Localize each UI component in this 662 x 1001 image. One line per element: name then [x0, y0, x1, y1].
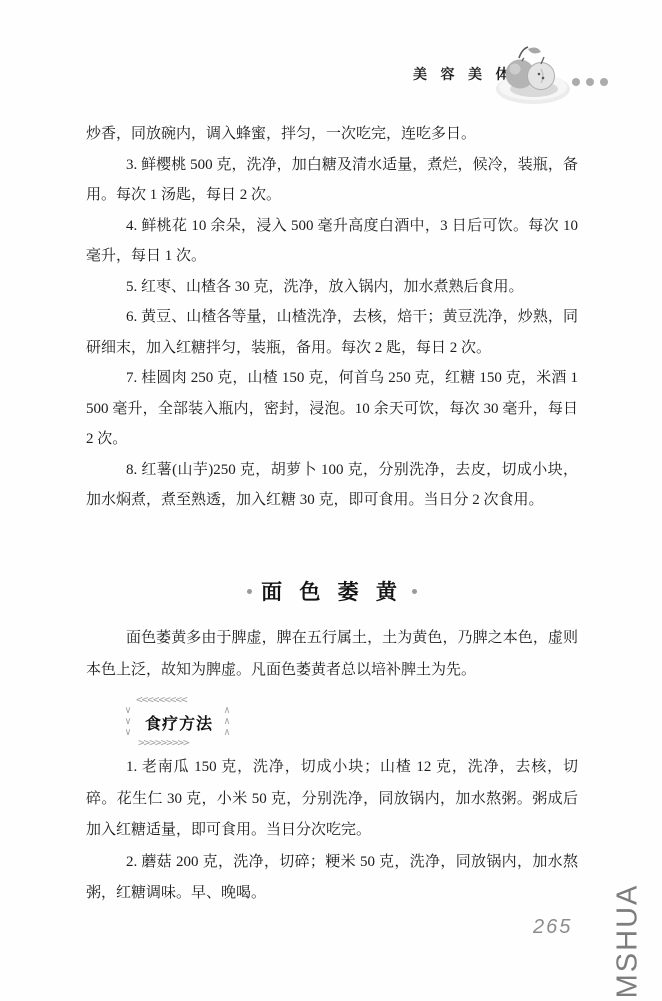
recipe-item-4: 4. 鲜桃花 10 余朵，浸入 500 毫升高度白酒中，3 日后可饮。每次 10… [86, 211, 578, 272]
apple-plate-image [492, 45, 574, 107]
chevron-frame-bottom-icon: >>>>>>>>> [138, 736, 189, 749]
recipe-item-6: 6. 黄豆、山楂各等量，山楂洗净，去核，焙干；黄豆洗净，炒熟，同研细末，加入红糖… [86, 302, 578, 363]
main-text-lower: 1. 老南瓜 150 克，洗净，切成小块；山楂 12 克，洗净，去核，切碎。花生… [86, 752, 578, 910]
dot-icon [586, 78, 594, 86]
recipe-item-2: 2. 蘑菇 200 克，洗净，切碎；粳米 50 克，洗净，同放锅内，加水熬粥，红… [86, 847, 578, 910]
spine-watermark: MSHUA [612, 884, 645, 999]
method-label: 食疗方法 [127, 711, 231, 734]
intro-paragraph: 面色萎黄多由于脾虚，脾在五行属土，土为黄色，乃脾之本色，虚则本色上泛，故知为脾虚… [86, 622, 578, 686]
continuation-line: 炒香，同放碗内，调入蜂蜜，拌匀，一次吃完，连吃多日。 [86, 119, 578, 150]
recipe-item-1: 1. 老南瓜 150 克，洗净，切成小块；山楂 12 克，洗净，去核，切碎。花生… [86, 752, 578, 847]
section-heading: 面 色 萎 黄 [86, 576, 578, 606]
page-number: 265 [533, 916, 572, 939]
header-ellipsis-dots-icon [572, 73, 614, 91]
recipe-item-7: 7. 桂圆肉 250 克，山楂 150 克，何首乌 250 克，红糖 150 克… [86, 363, 578, 455]
section-intro: 面色萎黄多由于脾虚，脾在五行属土，土为黄色，乃脾之本色，虚则本色上泛，故知为脾虚… [86, 622, 578, 686]
dot-icon [572, 78, 580, 86]
title-dot-icon [412, 589, 417, 594]
book-page: 美 容 美 体 炒香，同放碗内，调入蜂蜜，拌匀，一次吃完，连吃多日。 3. 鲜樱… [0, 0, 662, 1001]
chevron-frame-top-icon: <<<<<<<<< [136, 693, 187, 706]
main-text-upper: 炒香，同放碗内，调入蜂蜜，拌匀，一次吃完，连吃多日。 3. 鲜樱桃 500 克，… [86, 119, 578, 516]
recipe-item-8: 8. 红薯(山芋)250 克，胡萝卜 100 克，分别洗净，去皮，切成小块，加水… [86, 455, 578, 516]
recipe-item-3: 3. 鲜樱桃 500 克，洗净，加白糖及清水适量，煮烂，候冷，装瓶，备用。每次 … [86, 150, 578, 211]
title-dot-icon [247, 589, 252, 594]
recipe-item-5: 5. 红枣、山楂各 30 克，洗净，放入锅内，加水煮熟后食用。 [86, 272, 578, 303]
method-label-box: <<<<<<<<< >>>>>>>>> ∨∨∨ ∧∧∧ 食疗方法 [127, 698, 231, 745]
section-title: 面 色 萎 黄 [261, 580, 403, 604]
dot-icon [600, 78, 608, 86]
